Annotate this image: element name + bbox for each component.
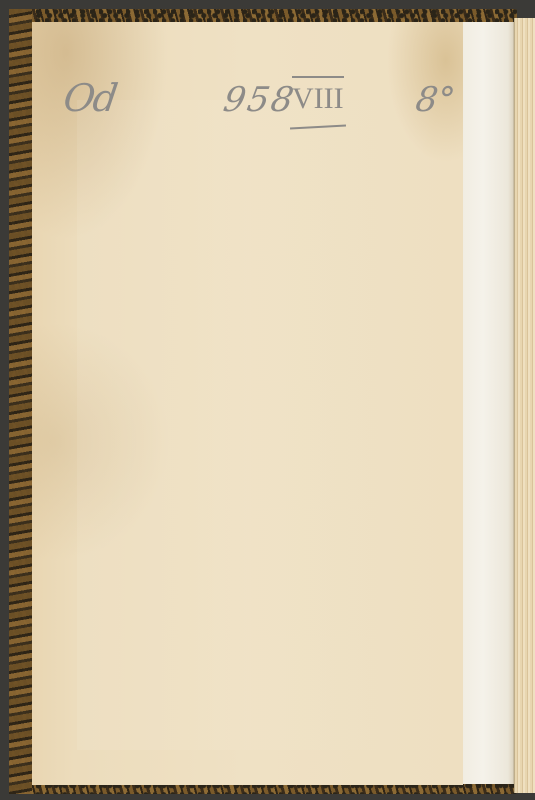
shelfmark-prefix: Od: [61, 76, 119, 120]
text-block-page-edges: [514, 18, 535, 793]
shelfmark-number: 958: [220, 80, 298, 120]
flyleaf-strip: [463, 22, 514, 784]
pencil-shelfmark: Od 958 VIII 8°: [60, 66, 460, 136]
pastedown-shading: [77, 100, 462, 750]
volume-underline: [290, 125, 346, 130]
shelfmark-volume: VIII: [292, 82, 344, 116]
shelfmark-format: 8°: [413, 80, 457, 120]
volume-overline: [292, 76, 344, 78]
marbled-board-left-edge: [9, 9, 32, 794]
